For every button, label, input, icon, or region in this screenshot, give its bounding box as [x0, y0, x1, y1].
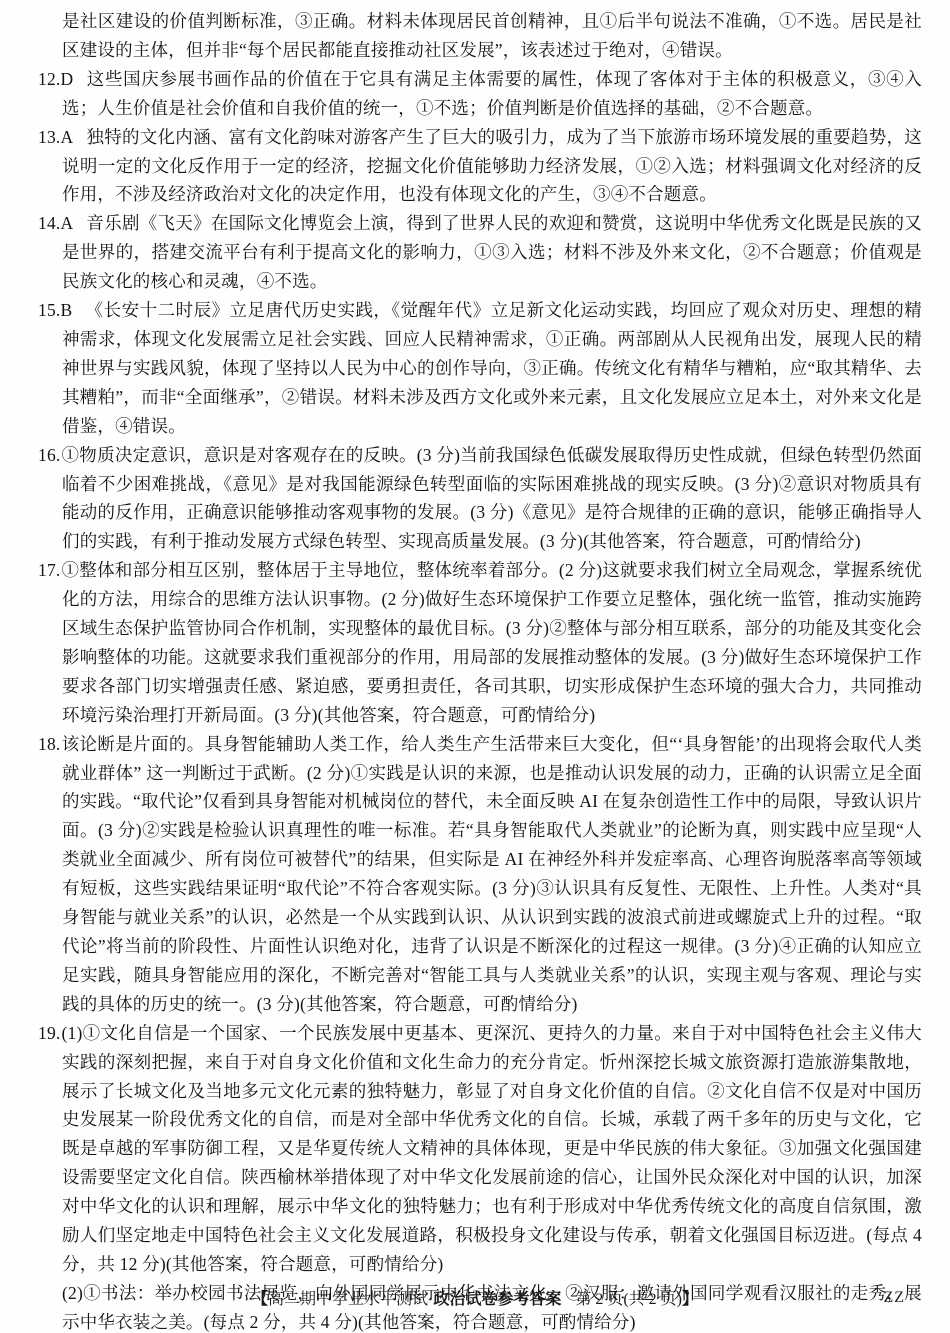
answers-content: 是社区建设的价值判断标准，③正确。材料未体现居民首创精神，且①后半句说法不准确，… [38, 7, 922, 1333]
question-number: 15.B [38, 300, 72, 320]
answer-text: (1)①文化自信是一个国家、一个民族发展中更基本、更深沉、更持久的力量。来自于对… [61, 1023, 922, 1274]
answer-item-19-part1: 19.(1)①文化自信是一个国家、一个民族发展中更基本、更深沉、更持久的力量。来… [38, 1019, 922, 1279]
footer-bracket-close: 】 [682, 1291, 698, 1308]
document-page: 是社区建设的价值判断标准，③正确。材料未体现居民首创精神，且①后半句说法不准确，… [0, 0, 950, 1333]
footer-page-info: 第 2 页(共 2 页) [575, 1291, 682, 1308]
question-number: 13.A [38, 127, 73, 147]
answer-text: ①整体和部分相互区别，整体居于主导地位，整体统率着部分。(2 分)这就要求我们树… [61, 560, 922, 725]
answer-text: 这些国庆参展书画作品的价值在于它具有满足主体需要的属性，体现了客体对于主体的积极… [62, 69, 922, 118]
footer-exam-name: 高二期中学业水平测试· [268, 1291, 433, 1308]
answer-text: 《长安十二时辰》立足唐代历史实践，《觉醒年代》立足新文化运动实践，均回应了观众对… [62, 300, 922, 436]
answer-text: 该论断是片面的。具身智能辅助人类工作，给人类生产生活带来巨大变化，但“‘具身智能… [61, 734, 922, 1014]
answer-text: 独特的文化内涵、富有文化韵味对游客产生了巨大的吸引力，成为了当下旅游市场环境发展… [62, 127, 922, 205]
answer-text: 是社区建设的价值判断标准，③正确。材料未体现居民首创精神，且①后半句说法不准确，… [62, 11, 922, 60]
answer-text: ①物质决定意识，意识是对客观存在的反映。(3 分)当前我国绿色低碳发展取得历史性… [61, 445, 922, 552]
question-number: 17. [38, 560, 60, 580]
page-footer: 【高二期中学业水平测试·政治试卷参考答案第 2 页(共 2 页)】 [0, 1288, 950, 1312]
answer-item-18: 18.该论断是片面的。具身智能辅助人类工作，给人类生产生活带来巨大变化，但“‘具… [38, 730, 922, 1019]
question-number: 14.A [38, 213, 73, 233]
answer-item-13: 13.A独特的文化内涵、富有文化韵味对游客产生了巨大的吸引力，成为了当下旅游市场… [38, 123, 922, 210]
question-number: 12.D [38, 69, 73, 89]
page-code: ZZ [883, 1289, 905, 1307]
question-number: 19. [38, 1023, 60, 1043]
answer-item-14: 14.A音乐剧《飞天》在国际文化博览会上演，得到了世界人民的欢迎和赞赏，这说明中… [38, 209, 922, 296]
footer-bracket-open: 【 [252, 1291, 268, 1308]
answer-item-17: 17.①整体和部分相互区别，整体居于主导地位，整体统率着部分。(2 分)这就要求… [38, 556, 922, 729]
answer-item-12: 12.D这些国庆参展书画作品的价值在于它具有满足主体需要的属性，体现了客体对于主… [38, 65, 922, 123]
answer-item-15: 15.B《长安十二时辰》立足唐代历史实践，《觉醒年代》立足新文化运动实践，均回应… [38, 296, 922, 441]
question-number: 16. [38, 445, 60, 465]
question-number: 18. [38, 734, 60, 754]
footer-paper-title: 政治试卷参考答案 [433, 1291, 561, 1308]
answer-text: 音乐剧《飞天》在国际文化博览会上演，得到了世界人民的欢迎和赞赏，这说明中华优秀文… [62, 213, 922, 291]
answer-item-11-continuation: 是社区建设的价值判断标准，③正确。材料未体现居民首创精神，且①后半句说法不准确，… [38, 7, 922, 65]
answer-item-16: 16.①物质决定意识，意识是对客观存在的反映。(3 分)当前我国绿色低碳发展取得… [38, 441, 922, 557]
